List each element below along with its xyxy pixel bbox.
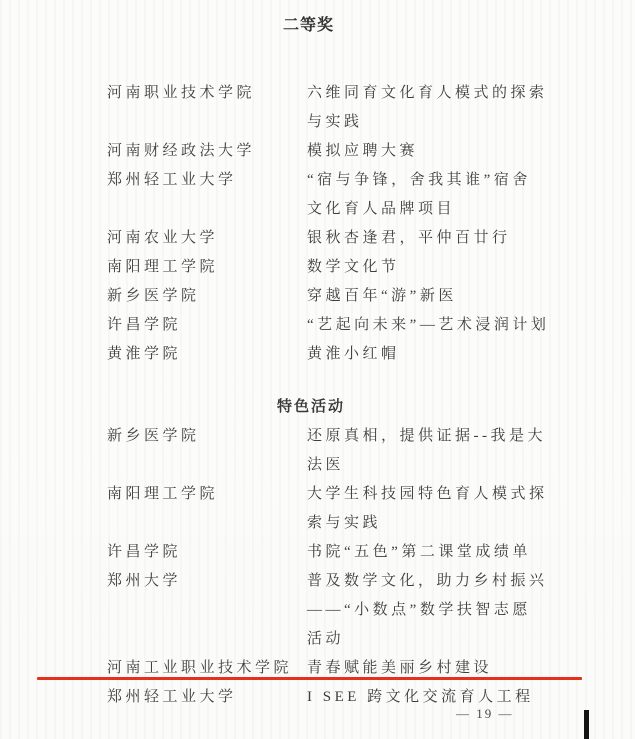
table-row: 河南财经政法大学 模拟应聘大赛 [107, 137, 597, 166]
project-title: “宿与争锋，舍我其谁”宿舍 文化育人品牌项目 [307, 166, 597, 224]
table-row: 郑州轻工业大学 I SEE 跨文化交流育人工程 [107, 683, 597, 712]
university-name: 河南农业大学 [107, 224, 307, 253]
university-name: 许昌学院 [107, 311, 307, 340]
project-title: 书院“五色”第二课堂成绩单 [307, 538, 597, 567]
table-row: 新乡医学院 还原真相，提供证据--我是大 法医 [107, 422, 597, 480]
scan-edge-mark [584, 710, 589, 739]
university-name: 新乡医学院 [107, 282, 307, 311]
university-name: 郑州大学 [107, 567, 307, 654]
project-title: I SEE 跨文化交流育人工程 [307, 683, 597, 712]
section-header-special-activities: 特色活动 [277, 393, 597, 422]
project-title: 黄淮小红帽 [307, 340, 597, 369]
red-underline-annotation [37, 677, 582, 680]
project-title: 普及数学文化，助力乡村振兴 ——“小数点”数学扶智志愿 活动 [307, 567, 597, 654]
table-row: 郑州大学 普及数学文化，助力乡村振兴 ——“小数点”数学扶智志愿 活动 [107, 567, 597, 654]
table-row: 许昌学院 “艺起向未来”—艺术浸润计划 [107, 311, 597, 340]
page-number: — 19 — [456, 705, 514, 723]
table-row: 南阳理工学院 数学文化节 [107, 253, 597, 282]
project-title: 六维同育文化育人模式的探索 与实践 [307, 79, 597, 137]
table-row: 郑州轻工业大学 “宿与争锋，舍我其谁”宿舍 文化育人品牌项目 [107, 166, 597, 224]
table-row: 河南职业技术学院 六维同育文化育人模式的探索 与实践 [107, 79, 597, 137]
project-title: 银秋杏逢君，平仲百廿行 [307, 224, 597, 253]
table-row: 河南农业大学 银秋杏逢君，平仲百廿行 [107, 224, 597, 253]
scanned-document-page: 二等奖 河南职业技术学院 六维同育文化育人模式的探索 与实践 河南财经政法大学 … [0, 0, 635, 739]
award-list: 河南职业技术学院 六维同育文化育人模式的探索 与实践 河南财经政法大学 模拟应聘… [107, 79, 597, 712]
university-name: 南阳理工学院 [107, 480, 307, 538]
table-row: 新乡医学院 穿越百年“游”新医 [107, 282, 597, 311]
page-title: 二等奖 [283, 15, 334, 37]
project-title: 模拟应聘大赛 [307, 137, 597, 166]
project-title: 数学文化节 [307, 253, 597, 282]
project-title: 穿越百年“游”新医 [307, 282, 597, 311]
university-name: 黄淮学院 [107, 340, 307, 369]
university-name: 新乡医学院 [107, 422, 307, 480]
university-name: 河南财经政法大学 [107, 137, 307, 166]
university-name: 南阳理工学院 [107, 253, 307, 282]
table-row: 许昌学院 书院“五色”第二课堂成绩单 [107, 538, 597, 567]
project-title: 大学生科技园特色育人模式探 索与实践 [307, 480, 597, 538]
table-row: 南阳理工学院 大学生科技园特色育人模式探 索与实践 [107, 480, 597, 538]
university-name: 郑州轻工业大学 [107, 166, 307, 224]
university-name: 许昌学院 [107, 538, 307, 567]
project-title: 还原真相，提供证据--我是大 法医 [307, 422, 597, 480]
table-row: 黄淮学院 黄淮小红帽 [107, 340, 597, 369]
university-name: 河南职业技术学院 [107, 79, 307, 137]
project-title: “艺起向未来”—艺术浸润计划 [307, 311, 597, 340]
university-name: 郑州轻工业大学 [107, 683, 307, 712]
